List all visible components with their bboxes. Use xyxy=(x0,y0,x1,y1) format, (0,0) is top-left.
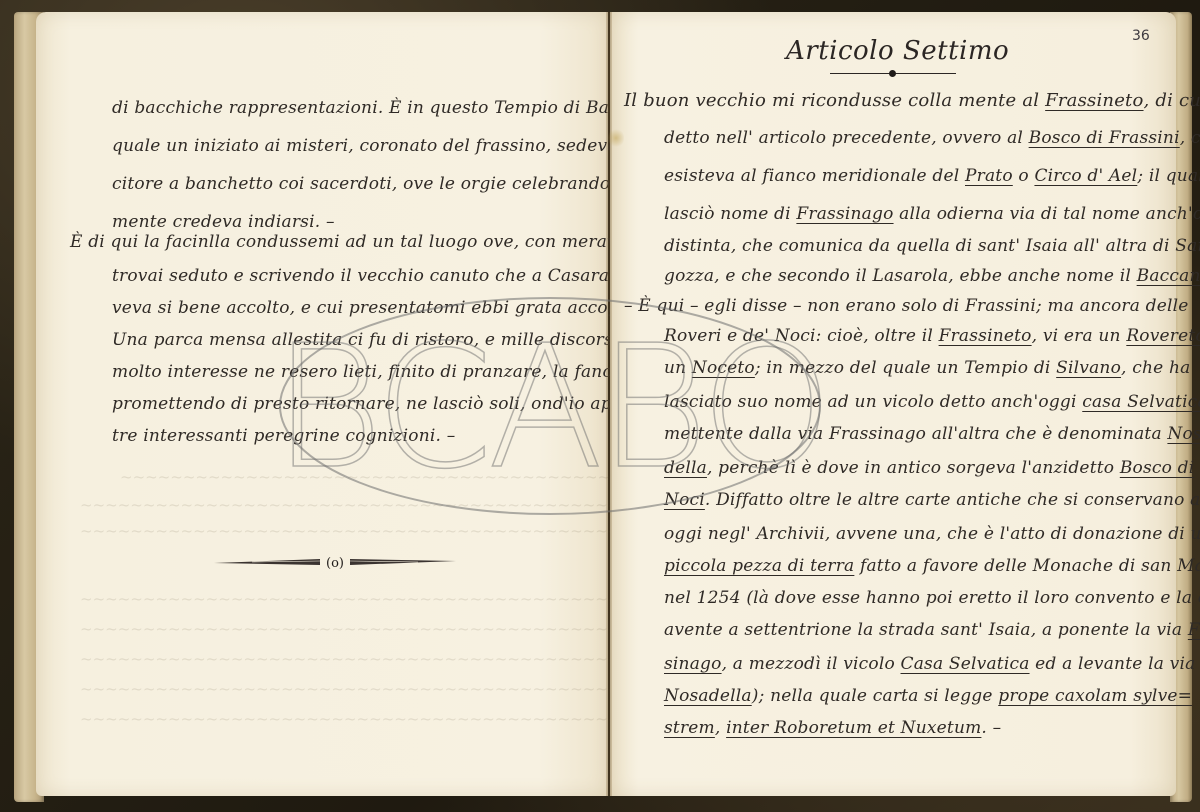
underlined-term: Bosco di xyxy=(1120,458,1195,478)
underlined-term: della xyxy=(664,458,707,478)
underlined-term: sinago xyxy=(664,654,722,674)
text-segment: ed a levante la via xyxy=(1030,654,1196,674)
text-line: oggi negl' Archivii, avvene una, che è l… xyxy=(664,524,1200,544)
text-segment: oggi negl' Archivii, avvene una, che è l… xyxy=(664,524,1200,544)
text-line: distinta, che comunica da quella di sant… xyxy=(664,236,1200,256)
text-line: Il buon vecchio mi ricondusse colla ment… xyxy=(624,90,1200,111)
text-segment: . – xyxy=(981,718,1001,738)
text-line: esisteva al fianco meridionale del Prato… xyxy=(664,166,1200,186)
underlined-term: Frassineto xyxy=(939,326,1032,346)
underlined-term: Rovereto xyxy=(1126,326,1200,346)
text-segment: , di cui si è xyxy=(1144,90,1200,111)
paper-stain xyxy=(608,128,624,148)
text-line: Roveri e de' Noci: cioè, oltre il Frassi… xyxy=(664,326,1200,346)
text-segment: un xyxy=(664,358,692,378)
text-line: piccola pezza di terra fatto a favore de… xyxy=(664,556,1200,576)
underlined-term: inter Roboretum et Nuxetum xyxy=(726,718,981,738)
text-segment: lasciato suo nome ad un vicolo detto anc… xyxy=(664,392,1082,412)
text-segment: , che ha xyxy=(1121,358,1190,378)
text-segment: nel 1254 (là dove esse hanno poi eretto … xyxy=(664,588,1200,608)
text-line: mettente dalla via Frassinago all'altra … xyxy=(664,424,1200,444)
text-segment: ; in mezzo del quale un Tempio di xyxy=(755,358,1056,378)
text-segment: lasciò nome di xyxy=(664,204,796,224)
underlined-term: piccola pezza di terra xyxy=(664,556,854,576)
underlined-term: Nosa= xyxy=(1167,424,1200,444)
text-segment: distinta, che comunica da quella di sant… xyxy=(664,236,1200,256)
text-segment: Il buon vecchio mi ricondusse colla ment… xyxy=(624,90,1045,111)
text-segment: detto nell' articolo precedente, ovvero … xyxy=(664,128,1029,148)
underlined-term: Noceto xyxy=(692,358,755,378)
underlined-term: Casa Selvatica xyxy=(901,654,1030,674)
text-segment: . Diffatto oltre le altre carte antiche … xyxy=(705,490,1200,510)
text-line: Una parca mensa allestita ci fu di risto… xyxy=(112,330,641,350)
text-line: gozza, e che secondo il Lasarola, ebbe a… xyxy=(664,266,1200,286)
text-line: strem, inter Roboretum et Nuxetum. – xyxy=(664,718,1001,738)
underlined-term: Frassinago xyxy=(796,204,893,224)
underlined-term: Fras= xyxy=(1188,620,1200,640)
heading-dot-icon xyxy=(889,70,896,77)
text-line: della, perchè lì è dove in antico sorgev… xyxy=(664,458,1194,478)
text-line: lasciato suo nome ad un vicolo detto anc… xyxy=(664,392,1200,412)
text-line: nel 1254 (là dove esse hanno poi eretto … xyxy=(664,588,1200,608)
text-segment: alla odierna via di tal nome anch'oggi xyxy=(894,204,1200,224)
underlined-term: Bosco di Frassini xyxy=(1029,128,1180,148)
chapter-heading: Articolo Settimo xyxy=(786,36,1009,66)
text-line: È di qui la facinlla condussemi ad un ta… xyxy=(70,232,661,252)
underlined-term: prope caxolam sylve= xyxy=(998,686,1192,706)
text-segment: o xyxy=(1013,166,1035,186)
text-segment: , che si vide xyxy=(1180,128,1200,148)
text-segment: , vi era un xyxy=(1032,326,1127,346)
text-segment: esisteva al fianco meridionale del xyxy=(664,166,965,186)
underlined-term: casa Selvatica xyxy=(1082,392,1200,412)
text-line: lasciò nome di Frassinago alla odierna v… xyxy=(664,204,1200,224)
text-segment: avente a settentrione la strada sant' Is… xyxy=(664,620,1188,640)
text-line: citore a banchetto coi sacerdoti, ove le… xyxy=(112,174,688,194)
text-line: avente a settentrione la strada sant' Is… xyxy=(664,620,1200,640)
text-line: di bacchiche rappresentazioni. È in ques… xyxy=(112,98,645,118)
underlined-term: Silvano xyxy=(1056,358,1121,378)
underlined-term: Prato xyxy=(965,166,1013,186)
ornament-divider-icon: (o) xyxy=(212,552,458,572)
text-segment: mettente dalla via Frassinago all'altra … xyxy=(664,424,1167,444)
text-line: tre interessanti peregrine cognizioni. – xyxy=(112,426,455,446)
underlined-term: Nosadella xyxy=(664,686,752,706)
text-segment: , a mezzodì il vicolo xyxy=(722,654,901,674)
text-line: mente credeva indiarsi. – xyxy=(112,212,335,232)
text-line: Nosadella); nella quale carta si legge p… xyxy=(664,686,1192,706)
text-segment: , perchè lì è dove in antico sorgeva l'a… xyxy=(707,458,1120,478)
text-segment: Roveri e de' Noci: cioè, oltre il xyxy=(664,326,939,346)
text-line: quale un iniziato ai misteri, coronato d… xyxy=(112,136,681,156)
text-line: – È qui – egli disse – non erano solo di… xyxy=(624,296,1189,316)
text-segment: , xyxy=(715,718,726,738)
text-line: molto interesse ne resero lieti, finito … xyxy=(112,362,651,382)
text-line: Noci. Diffatto oltre le altre carte anti… xyxy=(664,490,1200,510)
underlined-term: strem xyxy=(664,718,715,738)
page-number: 36 xyxy=(1132,28,1150,44)
text-line: un Noceto; in mezzo del quale un Tempio … xyxy=(664,358,1190,378)
text-segment: ); nella quale carta si legge xyxy=(752,686,999,706)
text-line: trovai seduto e scrivendo il vecchio can… xyxy=(112,266,690,286)
text-segment: gozza, e che secondo il Lasarola, ebbe a… xyxy=(664,266,1137,286)
text-line: sinago, a mezzodì il vicolo Casa Selvati… xyxy=(664,654,1195,674)
text-line: detto nell' articolo precedente, ovvero … xyxy=(664,128,1200,148)
svg-text:(o): (o) xyxy=(326,556,344,571)
underlined-term: Circo d' Ael xyxy=(1034,166,1137,186)
underlined-term: Frassineto xyxy=(1045,90,1143,111)
underlined-term: Baccano xyxy=(1137,266,1200,286)
text-segment: fatto a favore delle Monache di san Matt… xyxy=(854,556,1200,576)
text-line: veva si bene accolto, e cui presentatomi… xyxy=(112,298,677,318)
text-segment: ; il qual bosco xyxy=(1137,166,1200,186)
text-segment: – È qui – egli disse – non erano solo di… xyxy=(624,296,1189,316)
underlined-term: Noci xyxy=(664,490,705,510)
